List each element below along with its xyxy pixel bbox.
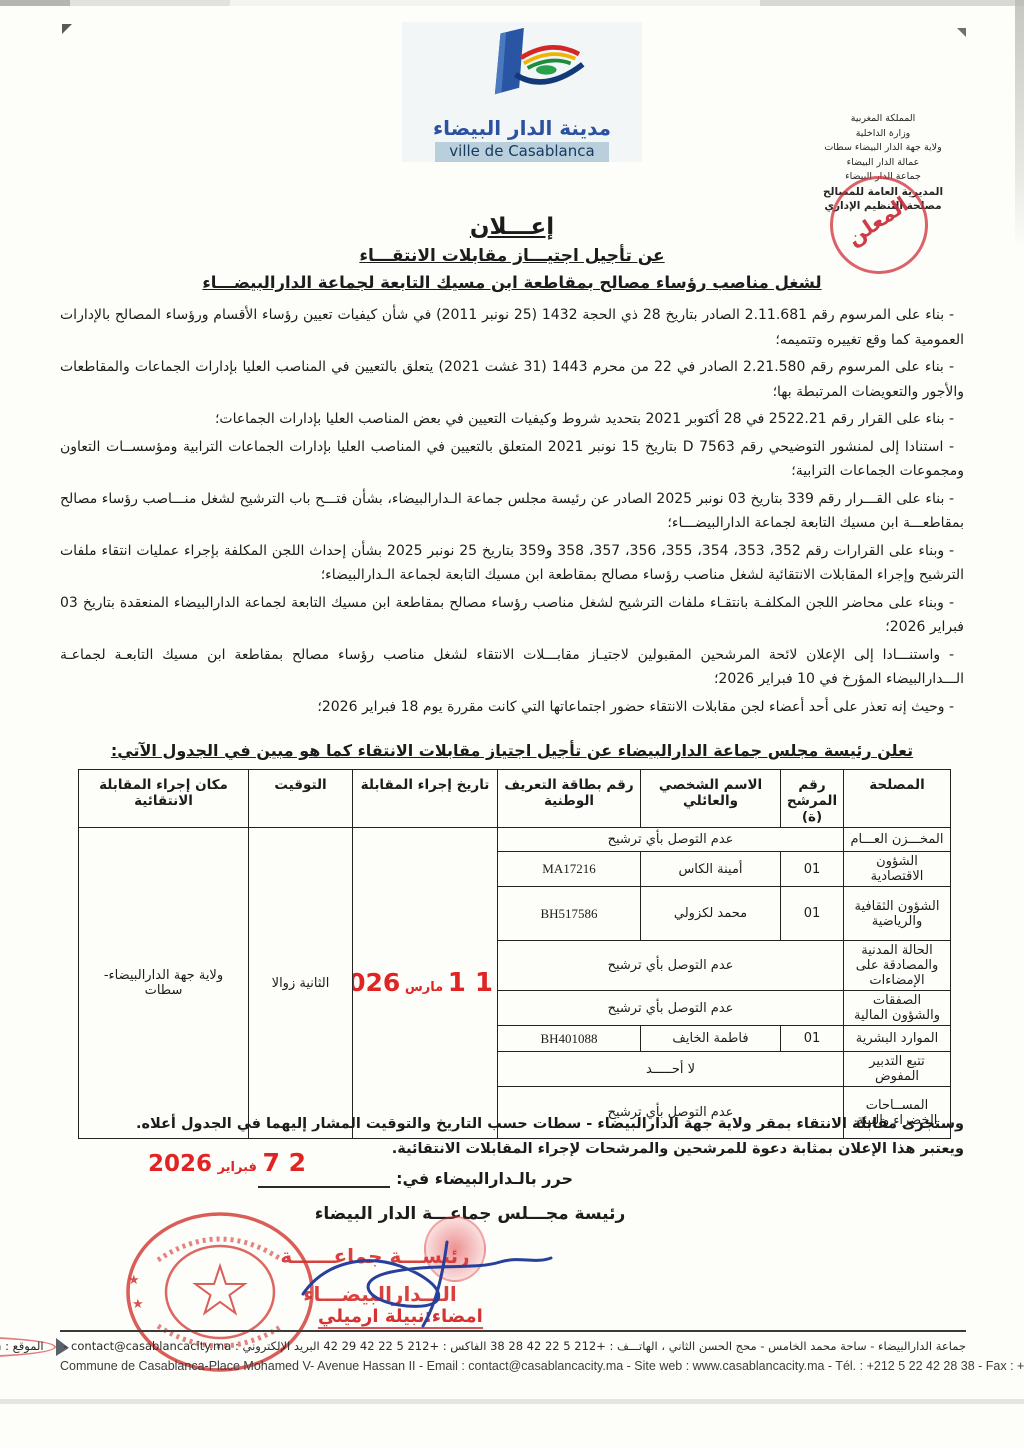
- table-row: المخـــزن العـــام عدم التوصل بأي ترشيح …: [79, 828, 951, 852]
- scanned-announcement-page: مدينة الدار البيضاء ville de Casablanca …: [0, 0, 1024, 1447]
- col-header-number: رقم المرشح (ة): [781, 770, 844, 828]
- page-subtitle-2: لشغل مناصب رؤساء مصالح بمقاطعة ابن مسيك …: [0, 273, 1024, 292]
- col-header-date: تاريخ إجراء المقابلة: [353, 770, 498, 828]
- candidate-number-cell: 01: [781, 887, 844, 941]
- letterhead-line: المملكة المغربية: [798, 112, 968, 127]
- preamble-clause: - وحيث إنه تعذر على أحد أعضاء لجن مقابلا…: [60, 695, 964, 720]
- candidate-name-cell: أمينة الكاس: [641, 852, 781, 887]
- preamble-clause: - بناء على المرسوم رقم 2.21.580 الصادر ف…: [60, 355, 964, 404]
- scan-artifact-corner-tl: [62, 24, 72, 34]
- date-stamp-year: 2026: [353, 968, 401, 997]
- closing-line-1: وستجرى مقابلة الانتقاء بمقر ولاية جهة ال…: [60, 1112, 964, 1137]
- issued-label: حرر بالـدارالبيضاء في:: [396, 1169, 573, 1188]
- svg-text:★: ★: [128, 1273, 140, 1288]
- issue-date-year: 2026: [148, 1151, 212, 1177]
- no-application-cell: عدم التوصل بأي ترشيح: [498, 991, 844, 1026]
- letterhead-line: ولاية جهة الدار البيضاء سطات: [798, 141, 968, 156]
- candidate-id-cell: BH517586: [498, 887, 641, 941]
- preamble-clause: - وبناء على القرارات رقم 352، 353، 354، …: [60, 539, 964, 588]
- scan-artifact-bottom: [0, 1386, 1024, 1396]
- interview-time-cell: الثانية زوالا: [249, 828, 353, 1139]
- preamble-clause: - وبناء على محاضر اللجن المكلفـة بانتقـا…: [60, 591, 964, 640]
- scan-artifact-right: [1015, 0, 1024, 250]
- scan-artifact-bottom2: [0, 1399, 1024, 1404]
- service-cell: الصفقات والشؤون المالية: [844, 991, 951, 1026]
- letterhead-line: عمالة الدار البيضاء: [798, 156, 968, 171]
- col-header-time: التوقيت: [249, 770, 353, 828]
- preamble-clause: - بناء على المرسوم رقم 2.11.681 الصادر ب…: [60, 303, 964, 352]
- handwritten-signature: [295, 1232, 565, 1332]
- preamble-clause: - بناء على القرار رقم 2522.21 في 28 أكتو…: [60, 407, 964, 432]
- casablanca-logo-icon: [447, 26, 597, 112]
- logo-city-name-french: ville de Casablanca: [435, 142, 608, 162]
- issue-date-month: فبراير: [218, 1160, 257, 1175]
- scan-artifact-corner-tr: [957, 28, 966, 37]
- candidate-name-cell: فاطمة الخايف: [641, 1026, 781, 1052]
- footer-contact-french: Commune de Casablanca-Place Mohamed V- A…: [60, 1359, 966, 1373]
- footer-ar-main: جماعة الدارالبيضاء - ساحة محمد الخامس - …: [63, 1339, 966, 1353]
- page-title: إعـــلان: [0, 214, 1024, 240]
- footer-ar-website: الموقع : www.casablancacity.ma: [0, 1336, 56, 1358]
- candidate-id-cell: MA17216: [498, 852, 641, 887]
- col-header-service: المصلحة: [844, 770, 951, 828]
- title-block: إعـــلان عن تأجيل اجتيـــاز مقابلات الان…: [0, 214, 1024, 292]
- preamble-clause: - بناء على القـــرار رقم 339 بتاريخ 03 ن…: [60, 487, 964, 536]
- service-cell: الشؤون الثقافية والرياضية: [844, 887, 951, 941]
- footer-divider: [60, 1330, 966, 1332]
- interview-date-cell: 1 1 مارس 2026: [353, 828, 498, 1139]
- table-header-row: المصلحة رقم المرشح (ة) الاسم الشخصي والع…: [79, 770, 951, 828]
- date-stamp: 1 1 مارس 2026: [353, 980, 494, 995]
- candidate-number-cell: 01: [781, 1026, 844, 1052]
- preamble-clause: - استنادا إلى لمنشور التوضيحي رقم D 7563…: [60, 435, 964, 484]
- candidate-name-cell: محمد لكزولي: [641, 887, 781, 941]
- service-cell: الموارد البشرية: [844, 1026, 951, 1052]
- candidate-id-cell: BH401088: [498, 1026, 641, 1052]
- page-subtitle: عن تأجيل اجتيـــاز مقابلات الانتقـــاء: [0, 246, 1024, 266]
- date-stamp-month: مارس: [405, 980, 443, 995]
- logo-city-name-arabic: مدينة الدار البيضاء: [402, 116, 642, 140]
- service-cell: المخـــزن العـــام: [844, 828, 951, 852]
- announcement-statement: تعلن رئيسة مجلس جماعة الدارالبيضاء عن تأ…: [0, 741, 1024, 760]
- candidate-number-cell: 01: [781, 852, 844, 887]
- service-cell: الحالة المدنية والمصادقة على الإمضاءات: [844, 941, 951, 991]
- col-header-name: الاسم الشخصي والعائلي: [641, 770, 781, 828]
- col-header-place: مكان إجراء المقابلة الانتقائية: [79, 770, 249, 828]
- service-cell: تتبع التدبير المفوض: [844, 1052, 951, 1087]
- scan-artifact-top: [0, 0, 1024, 6]
- no-application-cell: عدم التوصل بأي ترشيح: [498, 941, 844, 991]
- service-cell: الشؤون الاقتصادية: [844, 852, 951, 887]
- no-application-cell: لا أحـــــد: [498, 1052, 844, 1087]
- preamble-clause: - واستنـــادا إلى الإعلان لائحة المرشحين…: [60, 643, 964, 692]
- date-stamp-day: 1 1: [448, 968, 493, 998]
- issue-date-day: 2 7: [262, 1148, 306, 1177]
- no-application-cell: عدم التوصل بأي ترشيح: [498, 828, 844, 852]
- letterhead-line: وزارة الداخلية: [798, 127, 968, 142]
- interview-place-cell: ولاية جهة الدارالبيضاء- سطات: [79, 828, 249, 1139]
- legal-preamble: - بناء على المرسوم رقم 2.11.681 الصادر ب…: [60, 303, 964, 722]
- interviews-table: المصلحة رقم المرشح (ة) الاسم الشخصي والع…: [78, 769, 951, 1139]
- casablanca-logo: مدينة الدار البيضاء ville de Casablanca: [402, 22, 642, 162]
- issue-date-stamp: 2 7 فبراير 2026: [132, 1148, 322, 1177]
- footer-contact-arabic: جماعة الدارالبيضاء - ساحة محمد الخامس - …: [60, 1336, 966, 1358]
- col-header-id: رقم بطاقة التعريف الوطنية: [498, 770, 641, 828]
- svg-text:★: ★: [132, 1297, 144, 1312]
